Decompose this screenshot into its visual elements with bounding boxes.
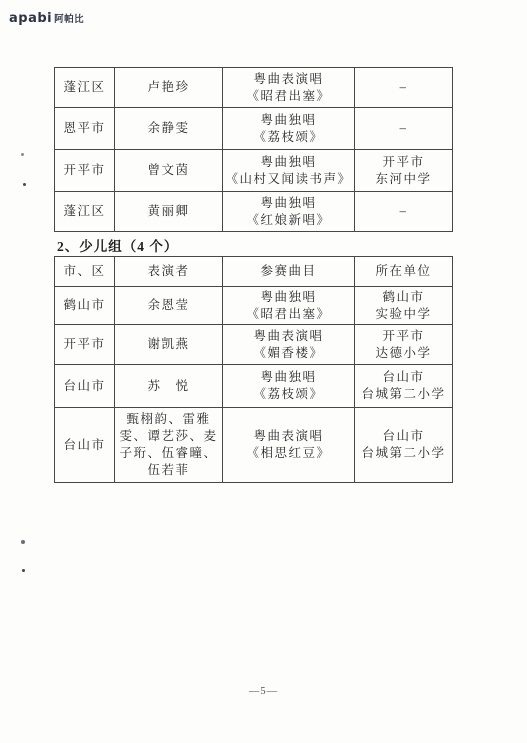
cell-unit: – [355, 68, 453, 108]
table-row: 鹤山市 余恩莹 粤曲独唱 《昭君出塞》 鹤山市 实验中学 [55, 287, 453, 325]
scan-speck [23, 183, 26, 186]
cell-unit: 台山市 台城第二小学 [355, 365, 453, 408]
cell-performer: 谢凯燕 [115, 325, 223, 365]
cell-region: 开平市 [55, 150, 115, 192]
cell-region: 蓬江区 [55, 68, 115, 108]
table-row: 恩平市 余静雯 粤曲独唱 《荔枝颂》 – [55, 108, 453, 150]
song-type: 粤曲独唱 [225, 195, 352, 212]
unit-city: 台山市 [357, 369, 450, 386]
song-title: 《昭君出塞》 [225, 88, 352, 105]
scan-speck [21, 153, 24, 156]
cell-unit: 开平市 东河中学 [355, 150, 453, 192]
song-title: 《媚香楼》 [225, 345, 352, 362]
unit-city: 开平市 [357, 154, 450, 171]
cell-performer: 黄丽卿 [115, 192, 223, 232]
table-header-row: 市、区 表演者 参赛曲目 所在单位 [55, 257, 453, 287]
unit-city: 台山市 [357, 428, 450, 445]
cell-region: 蓬江区 [55, 192, 115, 232]
song-type: 粤曲独唱 [225, 154, 352, 171]
apabi-logo-cjk: 阿帕比 [54, 11, 84, 25]
cell-performer: 苏 悦 [115, 365, 223, 408]
cell-region: 台山市 [55, 365, 115, 408]
cell-region: 开平市 [55, 325, 115, 365]
group-table-continued: 蓬江区 卢艳珍 粤曲表演唱 《昭君出塞》 – 恩平市 余静雯 粤曲独唱 《荔枝颂… [54, 67, 453, 232]
song-title: 《山村又闻读书声》 [225, 171, 352, 188]
cell-song: 粤曲独唱 《山村又闻读书声》 [223, 150, 355, 192]
song-title: 《昭君出塞》 [225, 306, 352, 323]
cell-song: 粤曲表演唱 《昭君出塞》 [223, 68, 355, 108]
unit-school: 实验中学 [357, 306, 450, 323]
unit-dash: – [400, 121, 408, 135]
table-row: 台山市 甄栩韵、雷雅雯、谭艺莎、麦子珩、伍睿曈、伍若菲 粤曲表演唱 《相思红豆》… [55, 408, 453, 483]
song-type: 粤曲表演唱 [225, 71, 352, 88]
unit-school: 达德小学 [357, 345, 450, 362]
cell-performer: 余恩莹 [115, 287, 223, 325]
unit-dash: – [400, 204, 408, 218]
table-row: 蓬江区 黄丽卿 粤曲独唱 《红娘新唱》 – [55, 192, 453, 232]
song-title: 《相思红豆》 [225, 445, 352, 462]
header-region: 市、区 [55, 257, 115, 287]
unit-city: 鹤山市 [357, 289, 450, 306]
table-row: 开平市 曾文茵 粤曲独唱 《山村又闻读书声》 开平市 东河中学 [55, 150, 453, 192]
cell-unit: 鹤山市 实验中学 [355, 287, 453, 325]
cell-song: 粤曲独唱 《红娘新唱》 [223, 192, 355, 232]
section-heading: 2、少儿组（4 个） [57, 235, 178, 255]
cell-performer: 余静雯 [115, 108, 223, 150]
header-song: 参赛曲目 [223, 257, 355, 287]
cell-unit: 开平市 达德小学 [355, 325, 453, 365]
scanned-document-page: apabi 阿帕比 蓬江区 卢艳珍 粤曲表演唱 《昭君出塞》 – 恩平市 余静雯… [0, 0, 527, 743]
cell-song: 粤曲表演唱 《媚香楼》 [223, 325, 355, 365]
song-title: 《荔枝颂》 [225, 129, 352, 146]
cell-region: 鹤山市 [55, 287, 115, 325]
cell-unit: 台山市 台城第二小学 [355, 408, 453, 483]
song-type: 粤曲独唱 [225, 369, 352, 386]
table-row: 台山市 苏 悦 粤曲独唱 《荔枝颂》 台山市 台城第二小学 [55, 365, 453, 408]
header-unit: 所在单位 [355, 257, 453, 287]
song-type: 粤曲独唱 [225, 112, 352, 129]
unit-school: 台城第二小学 [357, 445, 450, 462]
cell-song: 粤曲独唱 《荔枝颂》 [223, 108, 355, 150]
cell-performer: 曾文茵 [115, 150, 223, 192]
unit-city: 开平市 [357, 328, 450, 345]
cell-song: 粤曲独唱 《荔枝颂》 [223, 365, 355, 408]
unit-school: 东河中学 [357, 171, 450, 188]
unit-school: 台城第二小学 [357, 386, 450, 403]
table-row: 蓬江区 卢艳珍 粤曲表演唱 《昭君出塞》 – [55, 68, 453, 108]
scan-speck [22, 569, 25, 572]
song-title: 《红娘新唱》 [225, 212, 352, 229]
song-title: 《荔枝颂》 [225, 386, 352, 403]
unit-dash: – [400, 80, 408, 94]
cell-performer: 甄栩韵、雷雅雯、谭艺莎、麦子珩、伍睿曈、伍若菲 [115, 408, 223, 483]
cell-unit: – [355, 108, 453, 150]
song-type: 粤曲表演唱 [225, 428, 352, 445]
cell-unit: – [355, 192, 453, 232]
scan-speck [21, 540, 25, 544]
cell-song: 粤曲独唱 《昭君出塞》 [223, 287, 355, 325]
cell-region: 恩平市 [55, 108, 115, 150]
cell-region: 台山市 [55, 408, 115, 483]
table-row: 开平市 谢凯燕 粤曲表演唱 《媚香楼》 开平市 达德小学 [55, 325, 453, 365]
cell-performer: 卢艳珍 [115, 68, 223, 108]
page-number: —5— [0, 686, 527, 697]
apabi-logo-latin: apabi [9, 11, 52, 26]
song-type: 粤曲独唱 [225, 289, 352, 306]
song-type: 粤曲表演唱 [225, 328, 352, 345]
apabi-logo: apabi 阿帕比 [9, 11, 84, 26]
children-group-table: 市、区 表演者 参赛曲目 所在单位 鹤山市 余恩莹 粤曲独唱 《昭君出塞》 鹤山… [54, 256, 453, 483]
cell-song: 粤曲表演唱 《相思红豆》 [223, 408, 355, 483]
header-performer: 表演者 [115, 257, 223, 287]
